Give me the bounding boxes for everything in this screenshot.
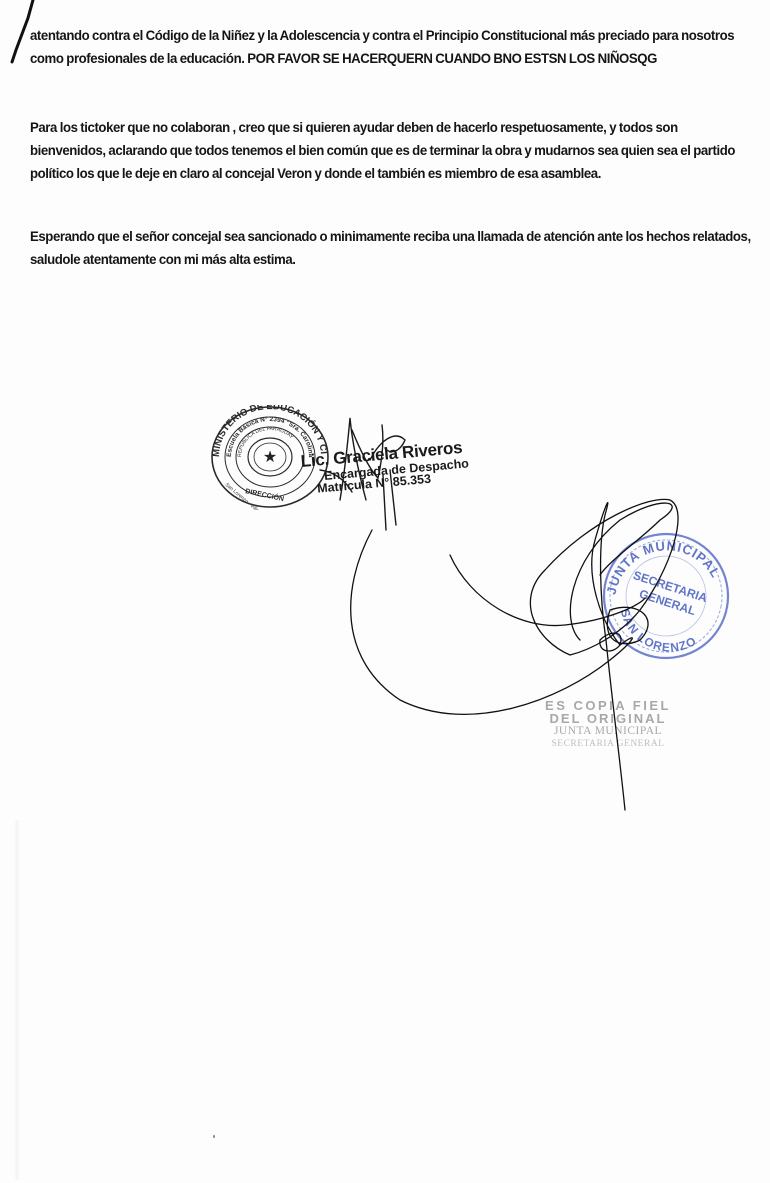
paragraph-3: Esperando que el señor concejal sea sanc… [30,226,755,272]
paragraph-2: Para los tictoker que no colaboran , cre… [30,117,755,186]
copy-stamp-line3: JUNTA MUNICIPAL [538,725,678,738]
certified-copy-stamp: ES COPIA FIEL DEL ORIGINAL JUNTA MUNICIP… [538,700,678,750]
scan-speck [213,1135,215,1138]
scan-edge-shadow [14,820,20,1180]
document-page: atentando contra el Código de la Niñez y… [0,0,770,1183]
copy-stamp-line4: SECRETARIA GENERAL [538,738,678,751]
copy-stamp-line2: DEL ORIGINAL [538,713,678,726]
municipal-seal-stamp: JUNTA MUNICIPAL SECRETARIA GENERAL SAN L… [596,526,736,666]
paragraph-1: atentando contra el Código de la Niñez y… [30,25,755,71]
star-icon: ★ [263,449,277,466]
